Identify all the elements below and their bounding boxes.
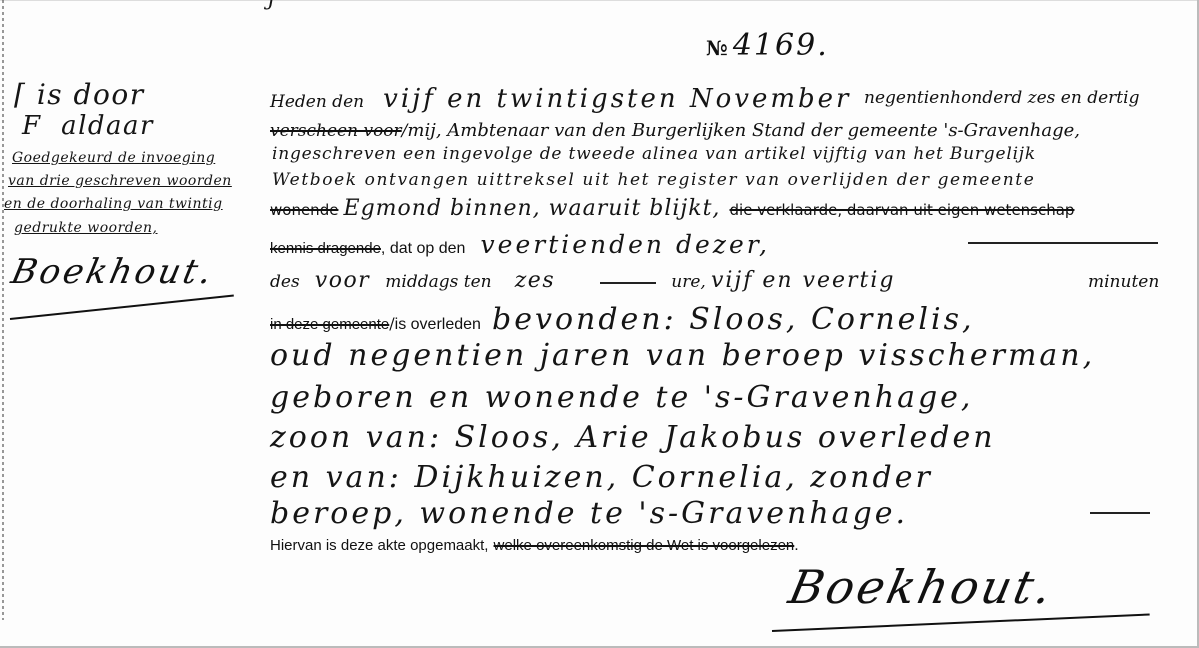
body-line-2: verscheen voor/mij, Ambtenaar van den Bu…	[270, 120, 1080, 141]
margin-signature-underline	[10, 294, 234, 320]
body-line-1: Heden den vijf en twintigsten November	[270, 84, 851, 114]
body-line-13: beroep, wonende te 's-Gravenhage.	[270, 496, 908, 531]
margin-note-line-1: ⌈ is door	[14, 78, 145, 111]
body-line-5: wonende Egmond binnen, waaruit blijkt, d…	[270, 196, 1074, 221]
margin-signature: Boekhout.	[8, 252, 218, 292]
hour-of-death: zes	[515, 268, 555, 293]
date-day-handwritten: vijf en twintigsten November	[383, 84, 851, 114]
document-page: ƒ № 4169. ⌈ is door F aldaar Goedgekeurd…	[0, 0, 1199, 648]
margin-note-line-3: Goedgekeurd de invoeging	[12, 150, 215, 166]
margin-note-line-6: gedrukte woorden,	[14, 220, 158, 236]
body-line-7: des voor middags ten zes ure, vijf en ve…	[270, 268, 896, 293]
body-line-8: in deze gemeente/is overleden bevonden: …	[270, 302, 975, 337]
page-border-top	[0, 0, 1199, 1]
body-line-12: en van: Dijkhuizen, Cornelia, zonder	[270, 460, 933, 495]
record-number-value: 4169.	[733, 28, 829, 63]
body-line-6: kennis dragende, dat op den veertienden …	[270, 230, 770, 259]
date-year-printed: negentienhonderd zes en dertig	[864, 88, 1139, 108]
number-sign: №	[706, 36, 728, 60]
binding-edge	[2, 0, 4, 620]
official-signature: Boekhout.	[784, 560, 1059, 614]
record-number: № 4169.	[706, 28, 829, 63]
body-line-11: zoon van: Sloos, Arie Jakobus overleden	[270, 420, 996, 455]
margin-note-line-2: F aldaar	[22, 111, 154, 141]
struck-text: verscheen voor	[270, 121, 402, 141]
minutes-of-death: vijf en veertig	[711, 268, 896, 293]
body-line-3: ingeschreven een ingevolge de tweede ali…	[272, 144, 1036, 164]
margin-note-line-5: en de doorhaling van twintig	[4, 196, 223, 212]
stray-handwriting-mark: ƒ	[268, 0, 278, 11]
date-of-death: veertienden dezer,	[481, 230, 770, 259]
body-line-14: Hiervan is deze akte opgemaakt, welke ov…	[270, 535, 799, 555]
body-line-4: Wetboek ontvangen uittreksel uit het reg…	[272, 170, 1035, 190]
signature-underline	[772, 614, 1150, 632]
minutes-label: minuten	[1088, 272, 1159, 292]
place-of-registration: Egmond binnen, waaruit blijkt,	[344, 196, 721, 221]
deceased-name: bevonden: Sloos, Cornelis,	[492, 302, 975, 337]
body-line-9: oud negentien jaren van beroep visscherm…	[270, 338, 1095, 373]
fill-dash	[968, 242, 1158, 244]
margin-note-line-4: van drie geschreven woorden	[8, 173, 232, 189]
body-line-10: geboren en wonende te 's-Gravenhage,	[270, 380, 973, 415]
end-dash	[1090, 512, 1150, 514]
